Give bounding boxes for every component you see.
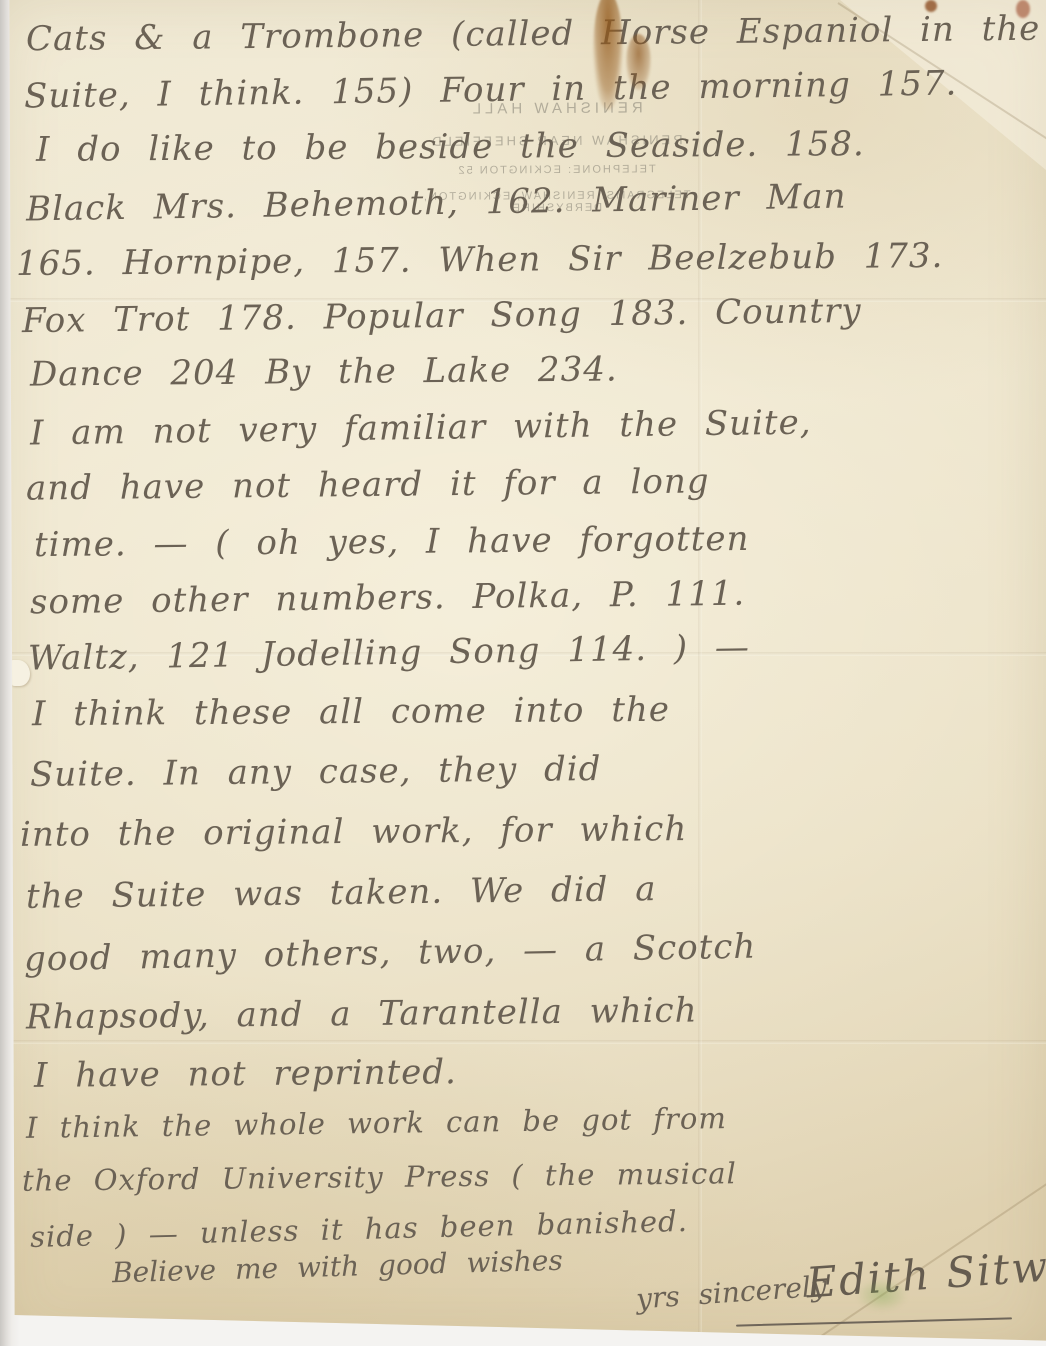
letter-line: Suite. In any case, they did	[30, 749, 602, 795]
signature: Edith Sitwell	[805, 1238, 1046, 1308]
letter-closing: Believe me with good wishes	[112, 1244, 564, 1290]
letter-line: Cats & a Trombone (called Horse Espaniol…	[26, 9, 1041, 60]
horizontal-fold-crease	[0, 1040, 1046, 1044]
letter-line: some other numbers. Polka, P. 111.	[30, 574, 746, 623]
letter-line: good many others, two, — a Scotch	[24, 927, 757, 980]
letter-line: I do like to be beside the Seaside. 158.	[36, 124, 865, 170]
letter-valediction: yrs sincerely	[635, 1269, 828, 1315]
stain-speck	[1016, 0, 1030, 18]
letter-paper: RENISHAW HALL RENISHAW NEAR SHEFFIELD TE…	[0, 0, 1046, 1346]
letter-line: Dance 204 By the Lake 234.	[30, 349, 618, 394]
letter-line: Suite, I think. 155) Four in the morning…	[24, 63, 958, 116]
letter-line: and have not heard it for a long	[26, 461, 710, 508]
letter-line: the Oxford University Press ( the musica…	[22, 1156, 737, 1197]
letter-line: 165. Hornpipe, 157. When Sir Beelzebub 1…	[16, 236, 944, 284]
letter-line: time. — ( oh yes, I have forgotten	[34, 519, 750, 565]
ink-drip-stain	[626, 34, 651, 90]
stain-speck	[925, 0, 937, 12]
signature-underline	[736, 1317, 1012, 1326]
letter-line: side ) — unless it has been banished.	[30, 1204, 689, 1254]
letter-line: into the original work, for which	[20, 809, 688, 855]
letter-line: I think these all come into the	[32, 690, 670, 734]
edge-tear-notch	[8, 660, 30, 686]
letter-line: Waltz, 121 Jodelling Song 114. ) —	[28, 627, 750, 678]
letter-line: I am not very familiar with the Suite,	[30, 403, 812, 454]
letter-line: I have not reprinted.	[34, 1052, 457, 1096]
green-smudge	[856, 1278, 908, 1312]
letter-scan: RENISHAW HALL RENISHAW NEAR SHEFFIELD TE…	[0, 0, 1046, 1346]
letter-line: I think the whole work can be got from	[26, 1101, 727, 1145]
letter-line: Black Mrs. Behemoth, 162. Mariner Man	[26, 177, 847, 230]
letter-line: Rhapsody, and a Tarantella which	[26, 990, 698, 1037]
letter-line: the Suite was taken. We did a	[26, 869, 657, 917]
